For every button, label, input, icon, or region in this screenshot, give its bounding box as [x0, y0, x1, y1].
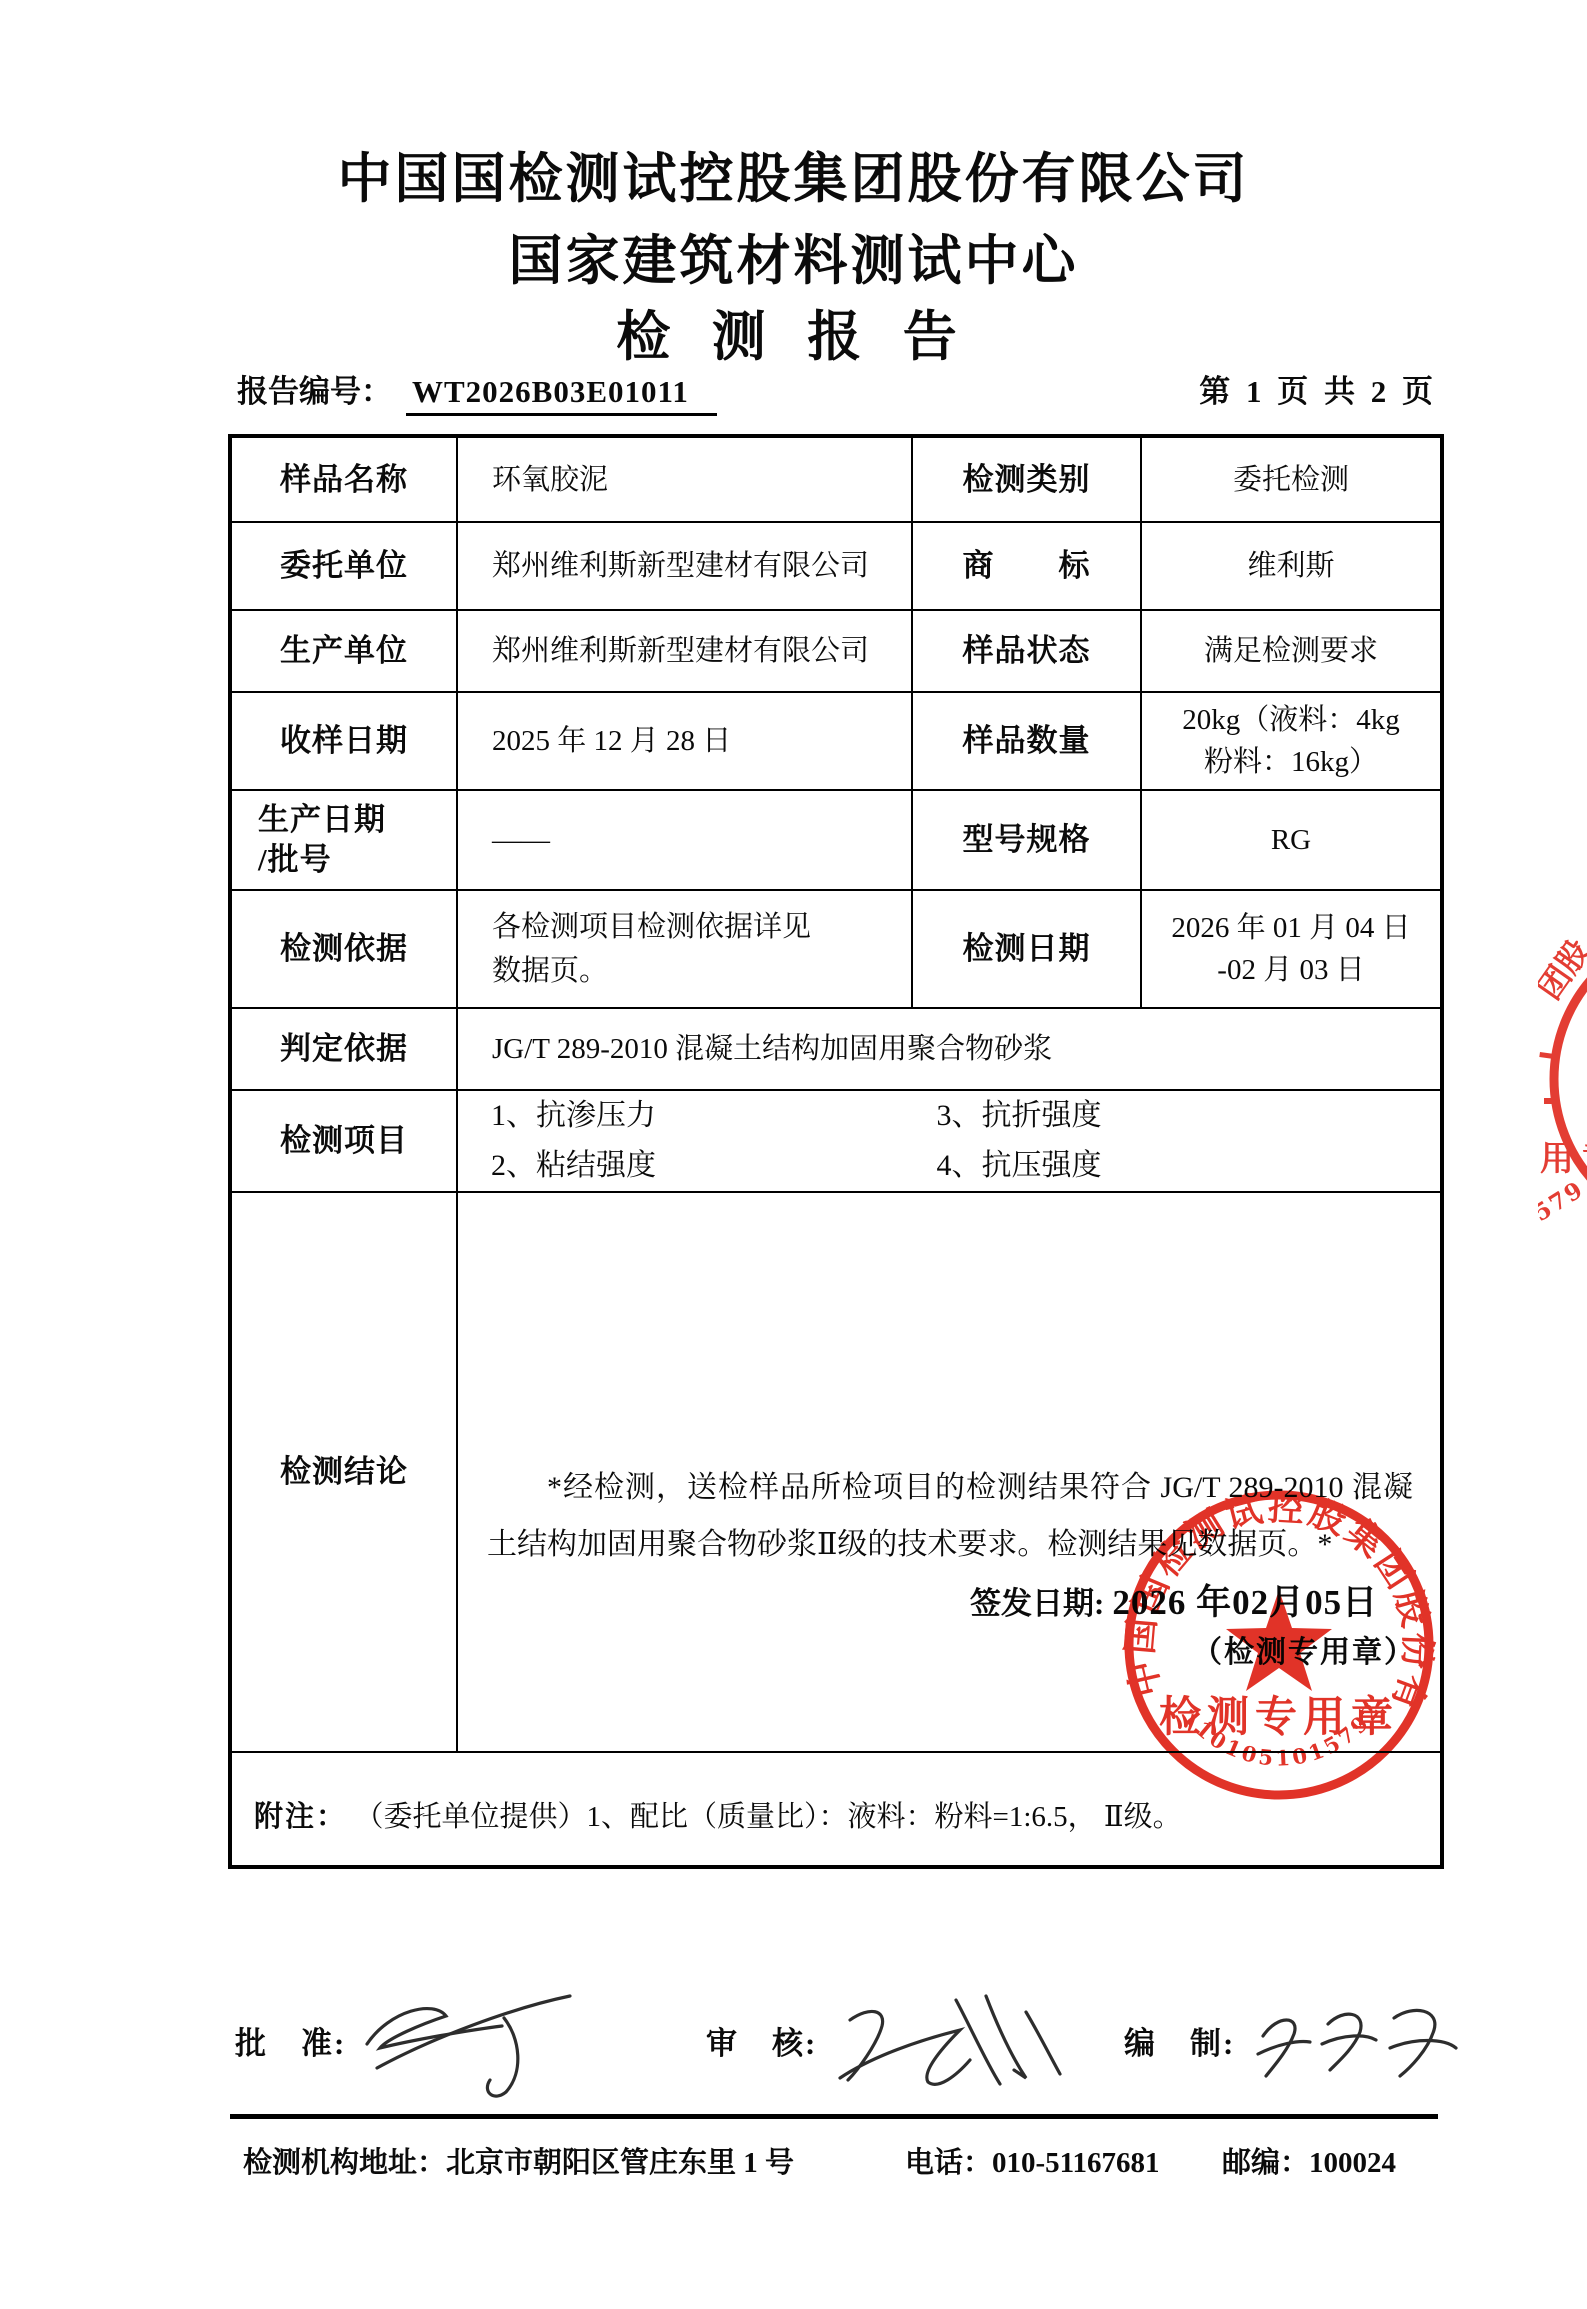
footer-divider: [230, 2114, 1438, 2119]
conclusion-cell: *经检测，送检样品所检项目的检测结果符合 JG/T 289-2010 混凝土结构…: [457, 1192, 1442, 1752]
sample-state-value: 满足检测要求: [1141, 610, 1442, 692]
footer-postcode: 邮编：100024: [1222, 2140, 1396, 2181]
model-label: 型号规格: [912, 790, 1141, 890]
sign-date-label: 签发日期:: [970, 1586, 1104, 1621]
partial-seal-frag3: 579: [1538, 1176, 1587, 1228]
partial-seal-frag2: 用章: [1540, 1139, 1587, 1178]
report-number: WT2026B03E01011: [406, 374, 717, 416]
sample-name-value: 环氧胶泥: [457, 436, 912, 522]
judge-label: 判定依据: [230, 1008, 457, 1090]
report-title: 检 测 报 告: [0, 294, 1587, 371]
remark-cell: 附注：（委托单位提供）1、配比（质量比）：液料：粉料=1:6.5， Ⅱ级。: [230, 1752, 1442, 1867]
page-info: 第 1 页 共 2 页: [1199, 366, 1437, 411]
report-table: 样品名称 环氧胶泥 检测类别 委托检测 委托单位 郑州维利斯新型建材有限公司 商…: [228, 434, 1444, 1869]
sample-state-label: 样品状态: [912, 610, 1141, 692]
partial-seal-ring: [1554, 927, 1587, 1231]
center-title: 国家建筑材料测试中心: [0, 218, 1587, 295]
test-date-label: 检测日期: [912, 890, 1141, 1008]
approve-label: 批 准:: [235, 2018, 346, 2063]
test-type-label: 检测类别: [912, 436, 1141, 522]
approve-signature: [352, 1982, 592, 2102]
sample-name-label: 样品名称: [230, 436, 457, 522]
table-row: 样品名称 环氧胶泥 检测类别 委托检测: [230, 436, 1442, 522]
table-row: 生产日期 /批号 —— 型号规格 RG: [230, 790, 1442, 890]
report-number-label: 报告编号：: [237, 374, 392, 409]
table-row: 判定依据 JG/T 289-2010 混凝土结构加固用聚合物砂浆: [230, 1008, 1442, 1090]
sample-qty-line2: 粉料：16kg）: [1143, 741, 1439, 783]
prepare-label: 编 制:: [1124, 2018, 1235, 2063]
item-3: 3、抗折强度: [937, 1096, 1439, 1136]
sign-date-line: 签发日期:2026 年02月05日: [970, 1575, 1378, 1625]
prod-date-label: 生产日期 /批号: [230, 790, 457, 890]
partial-seal-stamp: 团股 用章 579: [1538, 912, 1587, 1247]
test-date-line2: -02 月 03 日: [1143, 949, 1439, 991]
receive-date-label: 收样日期: [230, 692, 457, 790]
sign-date-value: 2026 年02月05日: [1112, 1583, 1378, 1622]
table-row: 检测结论 *经检测，送检样品所检项目的检测结果符合 JG/T 289-2010 …: [230, 1192, 1442, 1752]
item-2: 2、粘结强度: [491, 1146, 937, 1186]
item-1: 1、抗渗压力: [491, 1096, 937, 1136]
basis-line1: 各检测项目检测依据详见: [492, 905, 910, 949]
table-row: 检测依据 各检测项目检测依据详见 数据页。 检测日期 2026 年 01 月 0…: [230, 890, 1442, 1008]
footer-address: 检测机构地址：北京市朝阳区管庄东里 1 号: [243, 2140, 794, 2181]
remark-text: （委托单位提供）1、配比（质量比）：液料：粉料=1:6.5， Ⅱ级。: [369, 1801, 1182, 1833]
sample-qty-label: 样品数量: [912, 692, 1141, 790]
items-label: 检测项目: [230, 1090, 457, 1192]
item-4: 4、抗压强度: [937, 1146, 1439, 1186]
test-date-value: 2026 年 01 月 04 日 -02 月 03 日: [1141, 890, 1442, 1008]
report-number-line: 报告编号：WT2026B03E01011 第 1 页 共 2 页: [237, 366, 1437, 416]
basis-value: 各检测项目检测依据详见 数据页。: [457, 890, 912, 1008]
prod-date-label-line1: 生产日期: [258, 800, 455, 840]
brand-value: 维利斯: [1141, 522, 1442, 610]
conclusion-label: 检测结论: [230, 1192, 457, 1752]
manufacturer-value: 郑州维利斯新型建材有限公司: [457, 610, 912, 692]
brand-label: 商 标: [912, 522, 1141, 610]
prepare-signature: [1248, 1988, 1468, 2098]
table-row: 收样日期 2025 年 12 月 28 日 样品数量 20kg（液料：4kg 粉…: [230, 692, 1442, 790]
basis-line2: 数据页。: [492, 949, 910, 993]
receive-date-value: 2025 年 12 月 28 日: [457, 692, 912, 790]
footer-phone: 电话：010-51167681: [905, 2140, 1160, 2181]
table-row: 附注：（委托单位提供）1、配比（质量比）：液料：粉料=1:6.5， Ⅱ级。: [230, 1752, 1442, 1867]
model-value: RG: [1141, 790, 1442, 890]
basis-label: 检测依据: [230, 890, 457, 1008]
table-row: 检测项目 1、抗渗压力 3、抗折强度 2、粘结强度 4、抗压强度: [230, 1090, 1442, 1192]
manufacturer-label: 生产单位: [230, 610, 457, 692]
items-cell: 1、抗渗压力 3、抗折强度 2、粘结强度 4、抗压强度: [457, 1090, 1442, 1192]
table-row: 生产单位 郑州维利斯新型建材有限公司 样品状态 满足检测要求: [230, 610, 1442, 692]
client-label: 委托单位: [230, 522, 457, 610]
sample-qty-value: 20kg（液料：4kg 粉料：16kg）: [1141, 692, 1442, 790]
table-row: 委托单位 郑州维利斯新型建材有限公司 商 标 维利斯: [230, 522, 1442, 610]
report-page: 中国国检测试控股集团股份有限公司 国家建筑材料测试中心 检 测 报 告 报告编号…: [0, 0, 1587, 2309]
sample-qty-line1: 20kg（液料：4kg: [1143, 699, 1439, 741]
conclusion-text: *经检测，送检样品所检项目的检测结果符合 JG/T 289-2010 混凝土结构…: [487, 1459, 1413, 1573]
review-signature: [828, 1982, 1078, 2102]
report-number-group: 报告编号：WT2026B03E01011: [237, 366, 717, 416]
remark-label: 附注：: [254, 1801, 347, 1833]
items-grid: 1、抗渗压力 3、抗折强度 2、粘结强度 4、抗压强度: [459, 1096, 1439, 1186]
partial-seal-frag1: 团股: [1538, 933, 1587, 1006]
client-value: 郑州维利斯新型建材有限公司: [457, 522, 912, 610]
company-title: 中国国检测试控股集团股份有限公司: [0, 136, 1587, 213]
judge-value: JG/T 289-2010 混凝土结构加固用聚合物砂浆: [457, 1008, 1442, 1090]
prod-date-label-line2: /批号: [258, 840, 455, 880]
seal-note: （检测专用章）: [1192, 1627, 1416, 1671]
test-type-value: 委托检测: [1141, 436, 1442, 522]
review-label: 审 核:: [706, 2018, 817, 2063]
test-date-line1: 2026 年 01 月 04 日: [1143, 907, 1439, 949]
prod-date-value: ——: [457, 790, 912, 890]
